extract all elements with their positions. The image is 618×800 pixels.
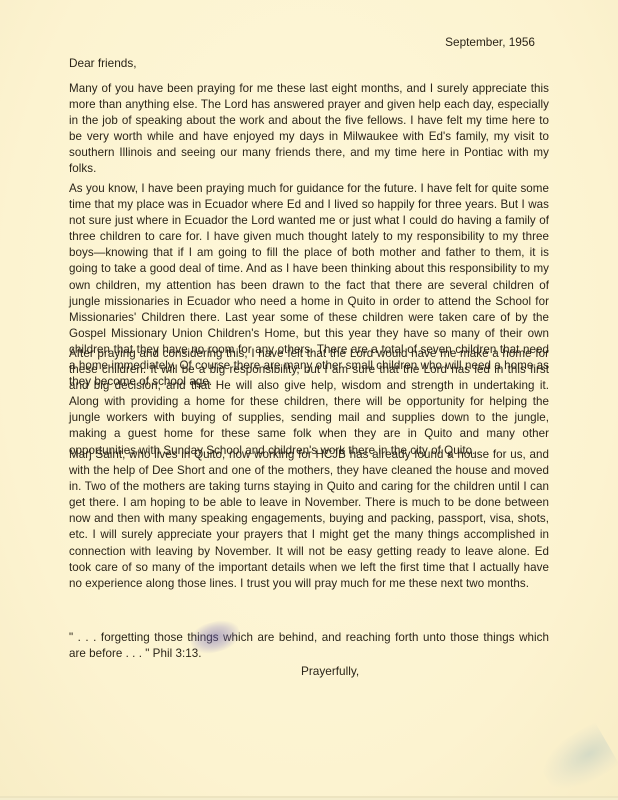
- paper-stain: [534, 722, 618, 800]
- letter-page: September, 1956 Dear friends, Many of yo…: [0, 0, 618, 798]
- paragraph-3: After praying and considering this, I ha…: [69, 346, 549, 459]
- closing: Prayerfully,: [301, 664, 359, 678]
- letter-date: September, 1956: [445, 35, 535, 49]
- scripture-quote: " . . . forgetting those things which ar…: [69, 630, 549, 662]
- salutation: Dear friends,: [69, 56, 137, 70]
- paragraph-1: Many of you have been praying for me the…: [69, 81, 549, 178]
- paragraph-4: Marj Saint, who lives in Quito, now work…: [69, 447, 549, 592]
